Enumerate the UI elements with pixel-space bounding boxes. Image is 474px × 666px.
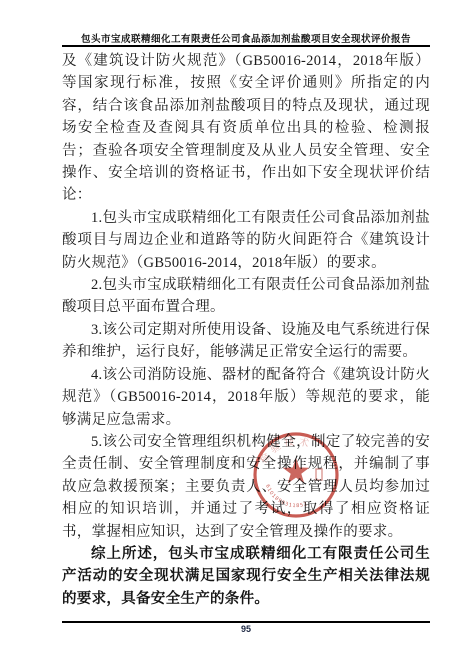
- body-paragraph: 3.该公司定期对所使用设备、设施及电气系统进行保养和维护，运行良好，能够满足正常…: [62, 319, 430, 364]
- body-paragraph: 及《建筑设计防火规范》（GB50016-2014，2018年版）等国家现行标准，…: [62, 50, 430, 207]
- report-page: 包头市宝成联精细化工有限责任公司食品添加剂盐酸项目安全现状评价报告 及《建筑设计…: [0, 0, 474, 666]
- page-number: 95: [62, 624, 430, 634]
- running-header-title: 包头市宝成联精细化工有限责任公司食品添加剂盐酸项目安全现状评价报告: [62, 31, 430, 45]
- footer-rule: [62, 621, 430, 623]
- header-rule: [62, 45, 430, 47]
- report-body: 及《建筑设计防火规范》（GB50016-2014，2018年版）等国家现行标准，…: [62, 50, 430, 610]
- body-paragraph: 5.该公司安全管理组织机构健全，制定了较完善的安全责任制、安全管理制度和安全操作…: [62, 431, 430, 543]
- body-paragraph: 综上所述，包头市宝成联精细化工有限责任公司生产活动的安全现状满足国家现行安全生产…: [62, 543, 430, 610]
- body-paragraph: 1.包头市宝成联精细化工有限责任公司食品添加剂盐酸项目与周边企业和道路等的防火间…: [62, 207, 430, 274]
- body-paragraph: 2.包头市宝成联精细化工有限责任公司食品添加剂盐酸项目总平面布置合理。: [62, 274, 430, 319]
- body-paragraph: 4.该公司消防设施、器材的配备符合《建筑设计防火规范》（GB50016-2014…: [62, 364, 430, 431]
